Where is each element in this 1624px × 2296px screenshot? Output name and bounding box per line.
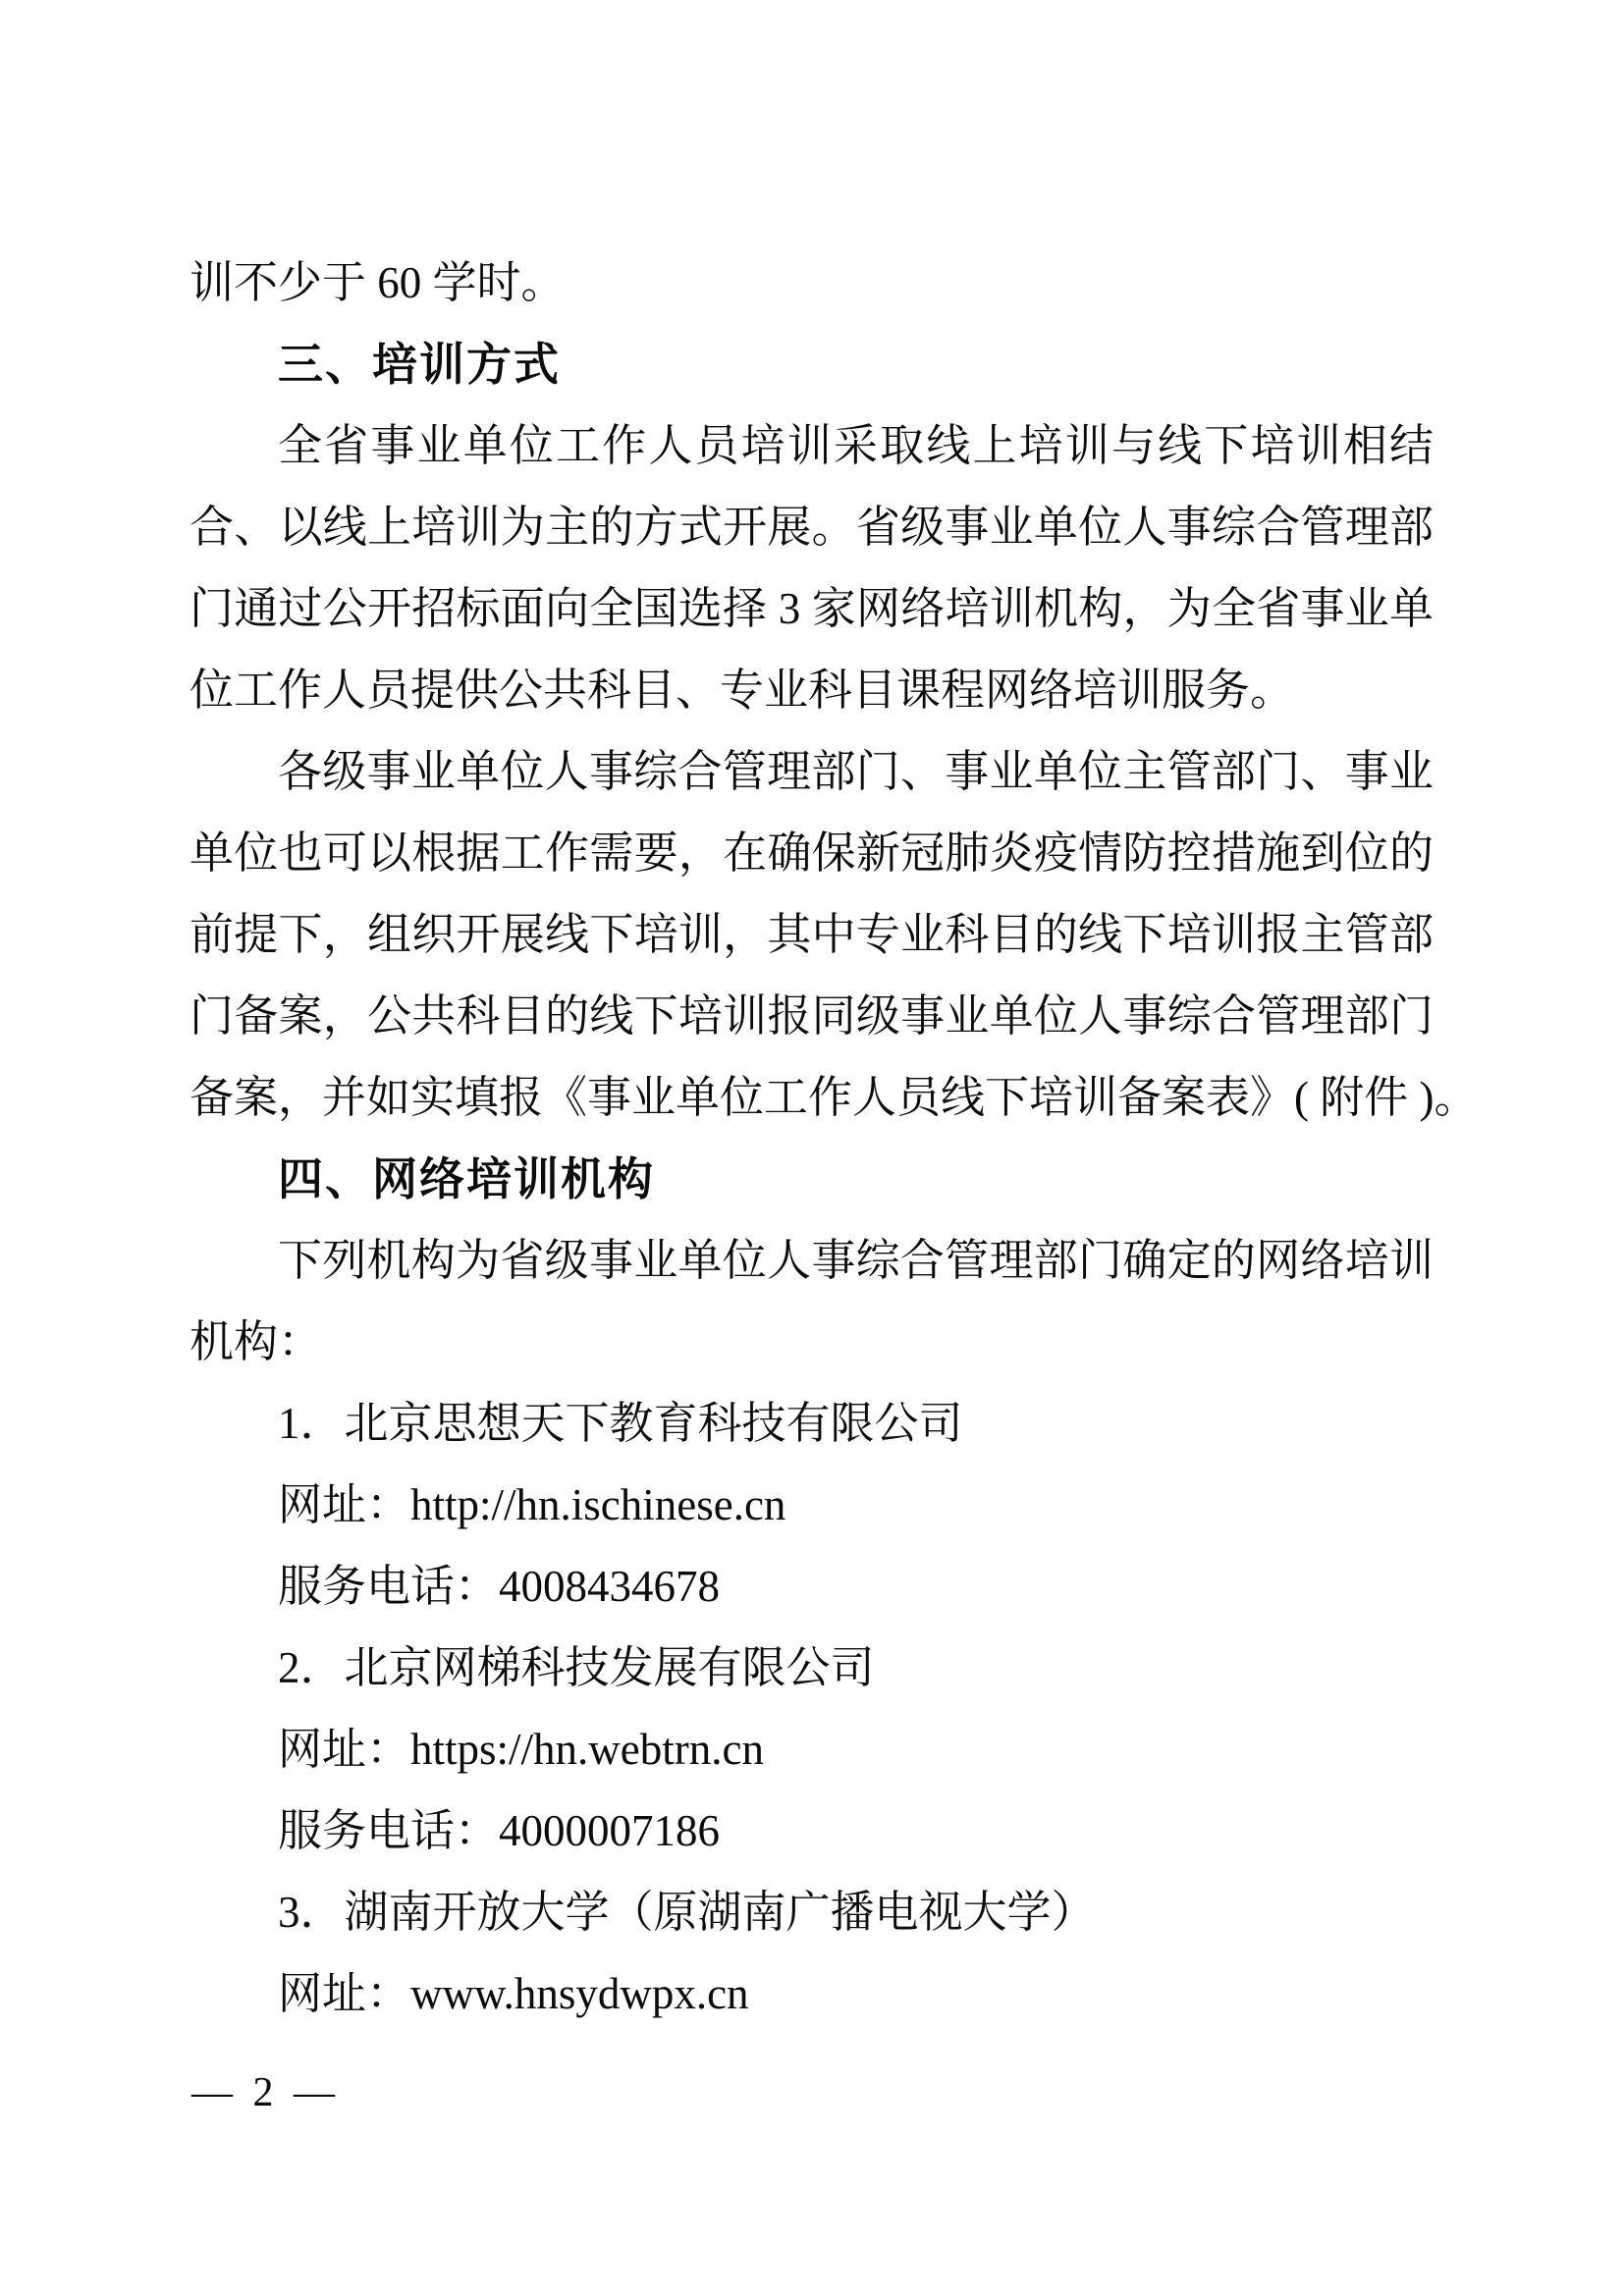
org-3-url: 网址：www.hnsydwpx.cn [189, 1953, 1434, 2035]
paragraph-training-method-line-2: 合、以线上培训为主的方式开展。省级事业单位人事综合管理部 [189, 487, 1434, 568]
paragraph-filing-line-1: 各级事业单位人事综合管理部门、事业单位主管部门、事业 [189, 731, 1434, 813]
org-2-phone: 服务电话：4000007186 [189, 1790, 1434, 1872]
org-2-name: 2．北京网梯科技发展有限公司 [189, 1628, 1434, 1709]
page-number: — 2 — [191, 2070, 340, 2115]
paragraph-training-method-line-1: 全省事业单位工作人员培训采取线上培训与线下培训相结 [189, 405, 1434, 487]
section-heading-training-orgs: 四、网络培训机构 [189, 1139, 1434, 1220]
org-2-url: 网址：https://hn.webtrn.cn [189, 1709, 1434, 1790]
paragraph-training-method-line-3: 门通过公开招标面向全国选择 3 家网络培训机构，为全省事业单 [189, 568, 1434, 650]
document-page: 训不少于 60 学时。 三、培训方式 全省事业单位工作人员培训采取线上培训与线下… [0, 0, 1624, 2296]
body-line-continuation: 训不少于 60 学时。 [189, 242, 1434, 324]
document-body: 训不少于 60 学时。 三、培训方式 全省事业单位工作人员培训采取线上培训与线下… [189, 242, 1434, 2035]
page-footer: — 2 — [191, 2067, 340, 2118]
org-1-url: 网址：http://hn.ischinese.cn [189, 1465, 1434, 1546]
org-3-name: 3．湖南开放大学（原湖南广播电视大学） [189, 1872, 1434, 1953]
org-1-phone: 服务电话：4008434678 [189, 1546, 1434, 1628]
paragraph-training-method-line-4: 位工作人员提供公共科目、专业科目课程网络培训服务。 [189, 650, 1434, 731]
section-heading-training-method: 三、培训方式 [189, 324, 1434, 405]
paragraph-filing-line-2: 单位也可以根据工作需要，在确保新冠肺炎疫情防控措施到位的 [189, 813, 1434, 894]
org-1-name: 1．北京思想天下教育科技有限公司 [189, 1383, 1434, 1465]
paragraph-orgs-intro-line-2: 机构： [189, 1302, 1434, 1383]
paragraph-filing-line-4: 门备案，公共科目的线下培训报同级事业单位人事综合管理部门 [189, 976, 1434, 1057]
paragraph-orgs-intro-line-1: 下列机构为省级事业单位人事综合管理部门确定的网络培训 [189, 1220, 1434, 1302]
paragraph-filing-line-3: 前提下，组织开展线下培训，其中专业科目的线下培训报主管部 [189, 894, 1434, 976]
paragraph-filing-line-5: 备案，并如实填报《事业单位工作人员线下培训备案表》( 附件 )。 [189, 1057, 1434, 1139]
